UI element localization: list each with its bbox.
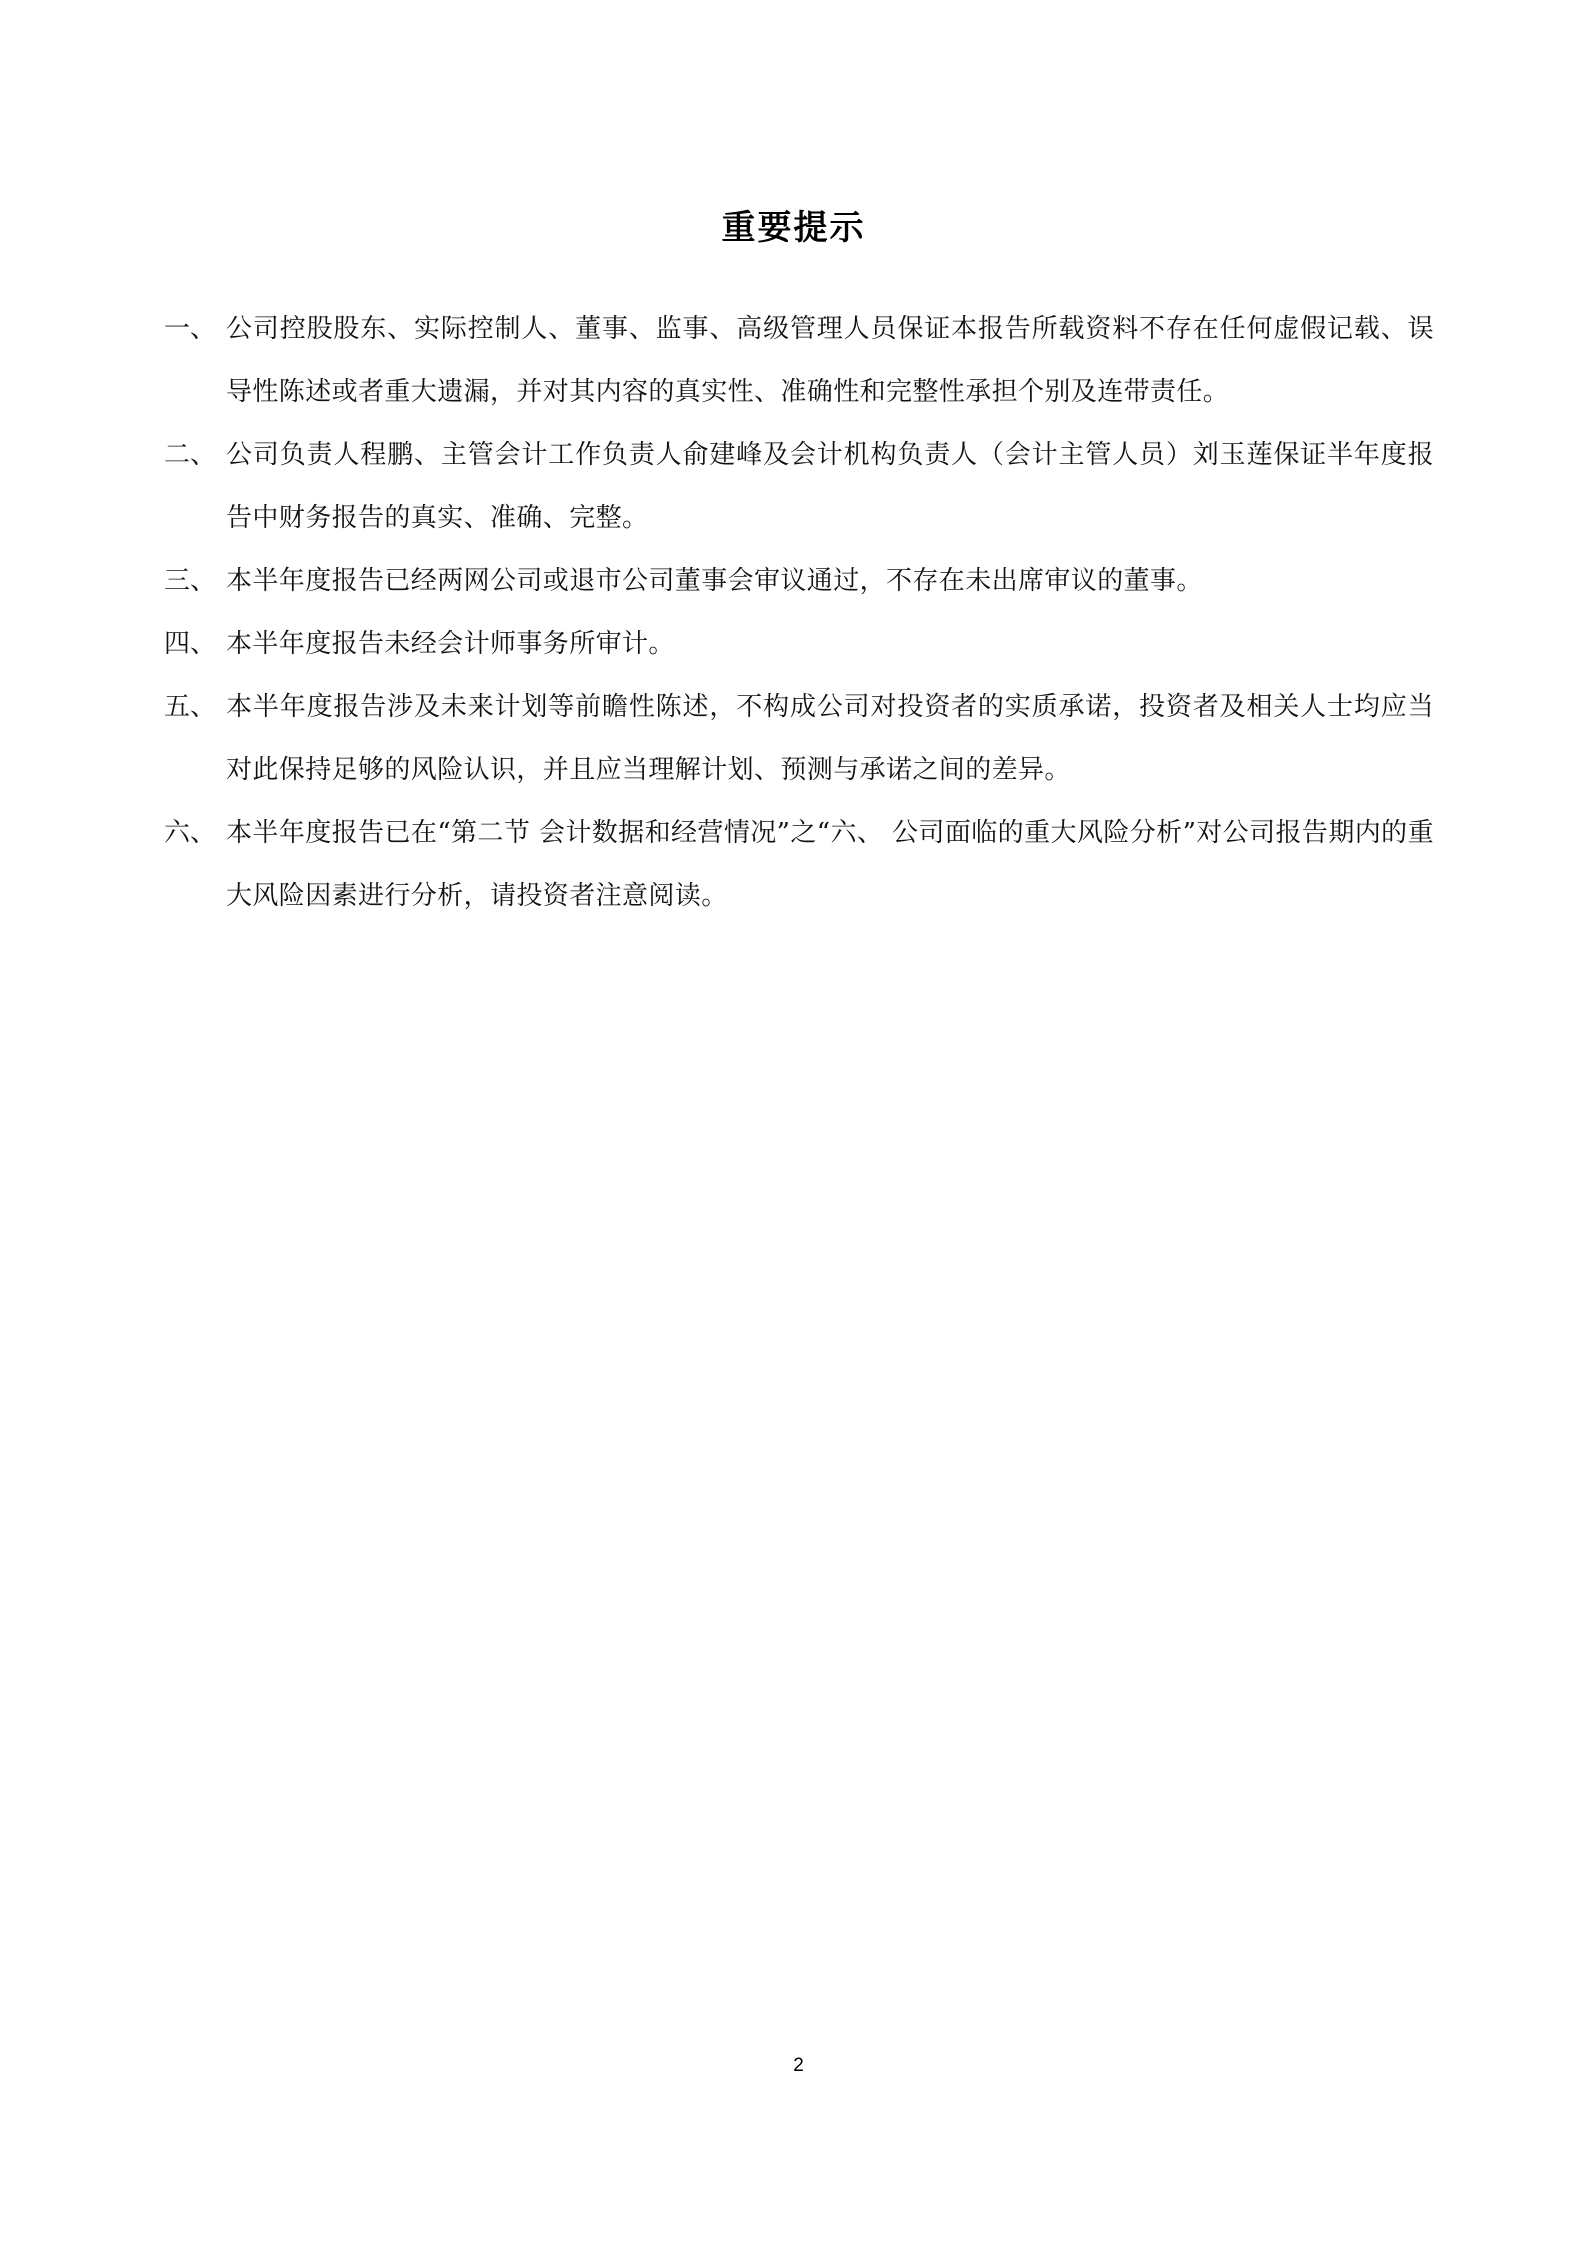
notice-list: 一、 公司控股股东、实际控制人、董事、监事、高级管理人员保证本报告所载资料不存在… — [164, 298, 1434, 928]
item-text: 本半年度报告已在“第二节 会计数据和经营情况”之“六、 公司面临的重大风险分析”… — [226, 802, 1434, 928]
item-number: 五、 — [164, 676, 226, 802]
item-text: 本半年度报告已经两网公司或退市公司董事会审议通过，不存在未出席审议的董事。 — [226, 550, 1434, 613]
notice-item-1: 一、 公司控股股东、实际控制人、董事、监事、高级管理人员保证本报告所载资料不存在… — [164, 298, 1434, 424]
item-number: 四、 — [164, 613, 226, 676]
notice-item-6: 六、 本半年度报告已在“第二节 会计数据和经营情况”之“六、 公司面临的重大风险… — [164, 802, 1434, 928]
notice-item-4: 四、 本半年度报告未经会计师事务所审计。 — [164, 613, 1434, 676]
item-number: 三、 — [164, 550, 226, 613]
item-text: 本半年度报告未经会计师事务所审计。 — [226, 613, 1434, 676]
item-text: 公司控股股东、实际控制人、董事、监事、高级管理人员保证本报告所载资料不存在任何虚… — [226, 298, 1434, 424]
notice-item-2: 二、 公司负责人程鹏、主管会计工作负责人俞建峰及会计机构负责人（会计主管人员）刘… — [164, 424, 1434, 550]
notice-item-5: 五、 本半年度报告涉及未来计划等前瞻性陈述，不构成公司对投资者的实质承诺，投资者… — [164, 676, 1434, 802]
notice-item-3: 三、 本半年度报告已经两网公司或退市公司董事会审议通过，不存在未出席审议的董事。 — [164, 550, 1434, 613]
document-page: 重要提示 一、 公司控股股东、实际控制人、董事、监事、高级管理人员保证本报告所载… — [0, 0, 1587, 2245]
item-number: 一、 — [164, 298, 226, 424]
page-title: 重要提示 — [0, 206, 1587, 250]
item-text: 公司负责人程鹏、主管会计工作负责人俞建峰及会计机构负责人（会计主管人员）刘玉莲保… — [226, 424, 1434, 550]
item-number: 六、 — [164, 802, 226, 928]
item-text: 本半年度报告涉及未来计划等前瞻性陈述，不构成公司对投资者的实质承诺，投资者及相关… — [226, 676, 1434, 802]
item-number: 二、 — [164, 424, 226, 550]
page-number: 2 — [0, 2055, 1587, 2077]
